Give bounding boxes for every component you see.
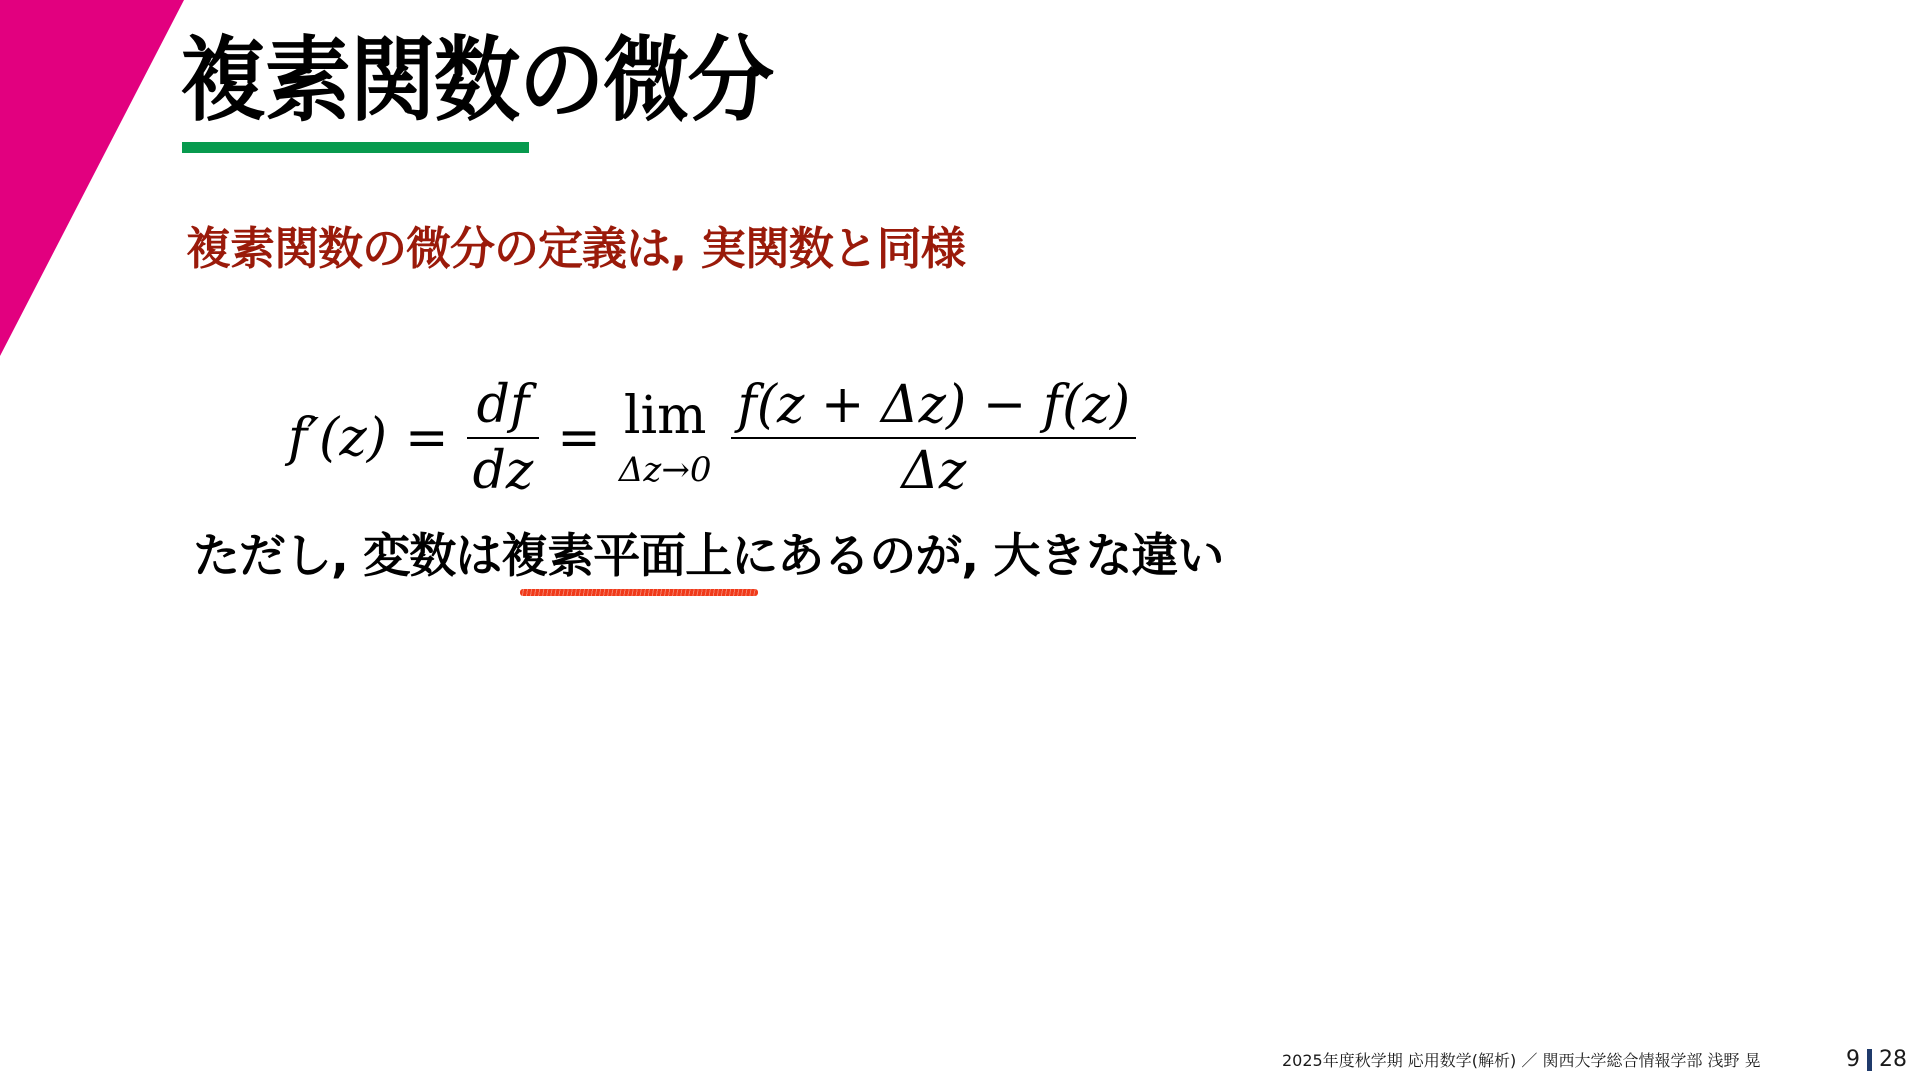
slide-title: 複素関数の微分	[180, 22, 772, 140]
fraction-numerator: df	[471, 373, 536, 437]
page-current: 9	[1846, 1046, 1860, 1074]
fraction-denominator: Δz	[895, 439, 972, 503]
derivative-definition-formula: f′(z) = df dz = lim Δz→0 f(z + Δz) − f(z…	[288, 338, 1136, 538]
page-number: 9 28	[1846, 1046, 1907, 1074]
note-text-before: ただし, 変数は	[193, 529, 501, 584]
note-emphasis-text: 複素平面上	[501, 529, 731, 584]
corner-accent-shape	[0, 0, 184, 356]
note-line: ただし, 変数は複素平面上にあるのが, 大きな違い	[193, 525, 1223, 589]
fraction-numerator: f(z + Δz) − f(z)	[731, 373, 1136, 437]
limit-word: lim	[624, 386, 707, 446]
note-text-after: にあるのが, 大きな違い	[731, 529, 1223, 584]
title-underline-bar	[182, 142, 529, 153]
footer-course-info: 2025年度秋学期 応用数学(解析) ／ 関西大学総合情報学部 浅野 晃	[1282, 1050, 1761, 1072]
emphasis-underline-stroke	[520, 589, 758, 596]
subtitle: 複素関数の微分の定義は, 実関数と同様	[186, 219, 965, 279]
formula-lhs: f′(z)	[288, 408, 387, 468]
limit-subscript: Δz→0	[619, 450, 712, 490]
formula-difference-quotient: f(z + Δz) − f(z) Δz	[731, 373, 1136, 503]
fraction-denominator: dz	[467, 439, 540, 503]
page-divider-bar	[1867, 1049, 1872, 1071]
formula-equals-1: =	[405, 408, 449, 468]
page-total: 28	[1879, 1046, 1907, 1074]
formula-equals-2: =	[557, 408, 601, 468]
formula-fraction-df-dz: df dz	[467, 373, 540, 503]
formula-limit: lim Δz→0	[619, 386, 712, 490]
